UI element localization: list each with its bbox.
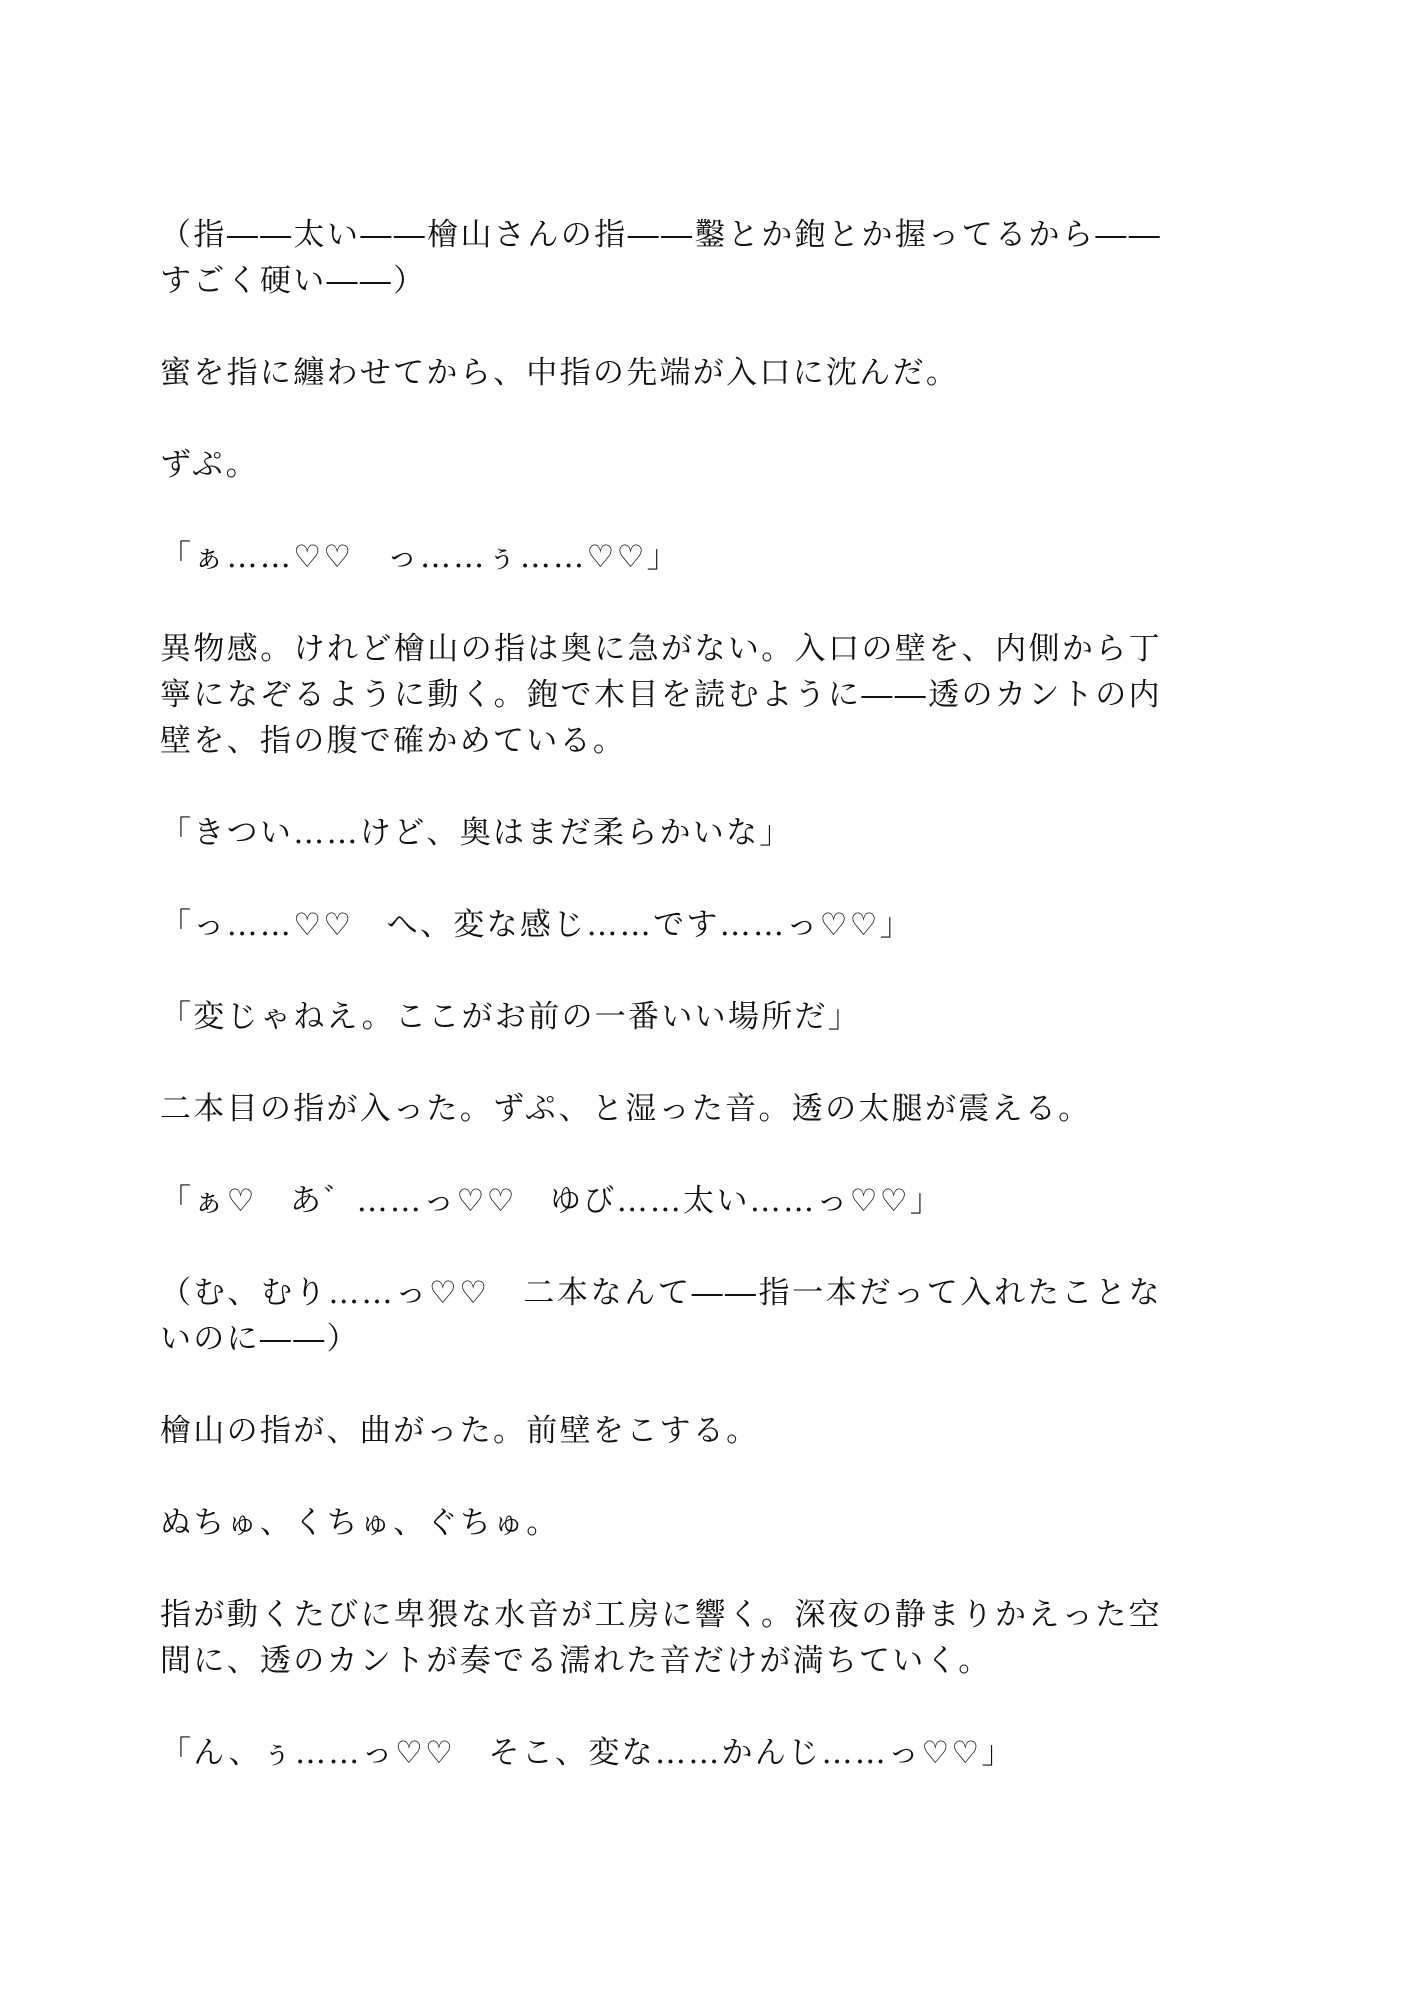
paragraph: 蜜を指に纏わせてから、中指の先端が入口に沈んだ。 xyxy=(160,350,1162,396)
text-line: ぬちゅ、くちゅ、ぐちゅ。 xyxy=(160,1500,1162,1546)
text-line: 「きつい……けど、奥はまだ柔らかいな」 xyxy=(160,810,1162,856)
paragraph: 「っ……♡♡ へ、変な感じ……です……っ♡♡」 xyxy=(160,902,1162,948)
paragraph: ぬちゅ、くちゅ、ぐちゅ。 xyxy=(160,1500,1162,1546)
paragraph: 「変じゃねえ。ここがお前の一番いい場所だ」 xyxy=(160,994,1162,1040)
text-line: 二本目の指が入った。ずぷ、と湿った音。透の太腿が震える。 xyxy=(160,1086,1162,1132)
paragraph: ずぷ。 xyxy=(160,442,1162,488)
paragraph: （指――太い――檜山さんの指――鑿とか鉋とか握ってるから――すごく硬い――） xyxy=(160,212,1162,304)
text-line: 壁を、指の腹で確かめている。 xyxy=(160,718,1162,764)
text-line: 檜山の指が、曲がった。前壁をこする。 xyxy=(160,1408,1162,1454)
text-line: 間に、透のカントが奏でる濡れた音だけが満ちていく。 xyxy=(160,1638,1162,1684)
text-line: 「ぁ……♡♡ っ……ぅ……♡♡」 xyxy=(160,534,1162,580)
text-line: 「ぁ♡ あ゛……っ♡♡ ゆび……太い……っ♡♡」 xyxy=(160,1178,1162,1224)
paragraph: （む、むり……っ♡♡ 二本なんて――指一本だって入れたことないのに――） xyxy=(160,1270,1162,1362)
text-line: 「変じゃねえ。ここがお前の一番いい場所だ」 xyxy=(160,994,1162,1040)
text-line: いのに――） xyxy=(160,1316,1162,1362)
document-text: （指――太い――檜山さんの指――鑿とか鉋とか握ってるから――すごく硬い――）蜜を… xyxy=(160,212,1162,1776)
text-line: （指――太い――檜山さんの指――鑿とか鉋とか握ってるから―― xyxy=(160,212,1162,258)
text-line: ずぷ。 xyxy=(160,442,1162,488)
text-line: 指が動くたびに卑猥な水音が工房に響く。深夜の静まりかえった空 xyxy=(160,1592,1162,1638)
document-page: （指――太い――檜山さんの指――鑿とか鉋とか握ってるから――すごく硬い――）蜜を… xyxy=(160,212,1162,1822)
text-line: 「っ……♡♡ へ、変な感じ……です……っ♡♡」 xyxy=(160,902,1162,948)
paragraph: 二本目の指が入った。ずぷ、と湿った音。透の太腿が震える。 xyxy=(160,1086,1162,1132)
text-line: 異物感。けれど檜山の指は奥に急がない。入口の壁を、内側から丁 xyxy=(160,626,1162,672)
text-line: すごく硬い――） xyxy=(160,258,1162,304)
paragraph: 「ぁ……♡♡ っ……ぅ……♡♡」 xyxy=(160,534,1162,580)
text-line: 寧になぞるように動く。鉋で木目を読むように――透のカントの内 xyxy=(160,672,1162,718)
paragraph: 「ぁ♡ あ゛……っ♡♡ ゆび……太い……っ♡♡」 xyxy=(160,1178,1162,1224)
paragraph: 「ん、ぅ……っ♡♡ そこ、変な……かんじ……っ♡♡」 xyxy=(160,1730,1162,1776)
paragraph: 異物感。けれど檜山の指は奥に急がない。入口の壁を、内側から丁寧になぞるように動く… xyxy=(160,626,1162,764)
text-line: 蜜を指に纏わせてから、中指の先端が入口に沈んだ。 xyxy=(160,350,1162,396)
paragraph: 指が動くたびに卑猥な水音が工房に響く。深夜の静まりかえった空間に、透のカントが奏… xyxy=(160,1592,1162,1684)
text-line: 「ん、ぅ……っ♡♡ そこ、変な……かんじ……っ♡♡」 xyxy=(160,1730,1162,1776)
paragraph: 「きつい……けど、奥はまだ柔らかいな」 xyxy=(160,810,1162,856)
paragraph: 檜山の指が、曲がった。前壁をこする。 xyxy=(160,1408,1162,1454)
text-line: （む、むり……っ♡♡ 二本なんて――指一本だって入れたことな xyxy=(160,1270,1162,1316)
